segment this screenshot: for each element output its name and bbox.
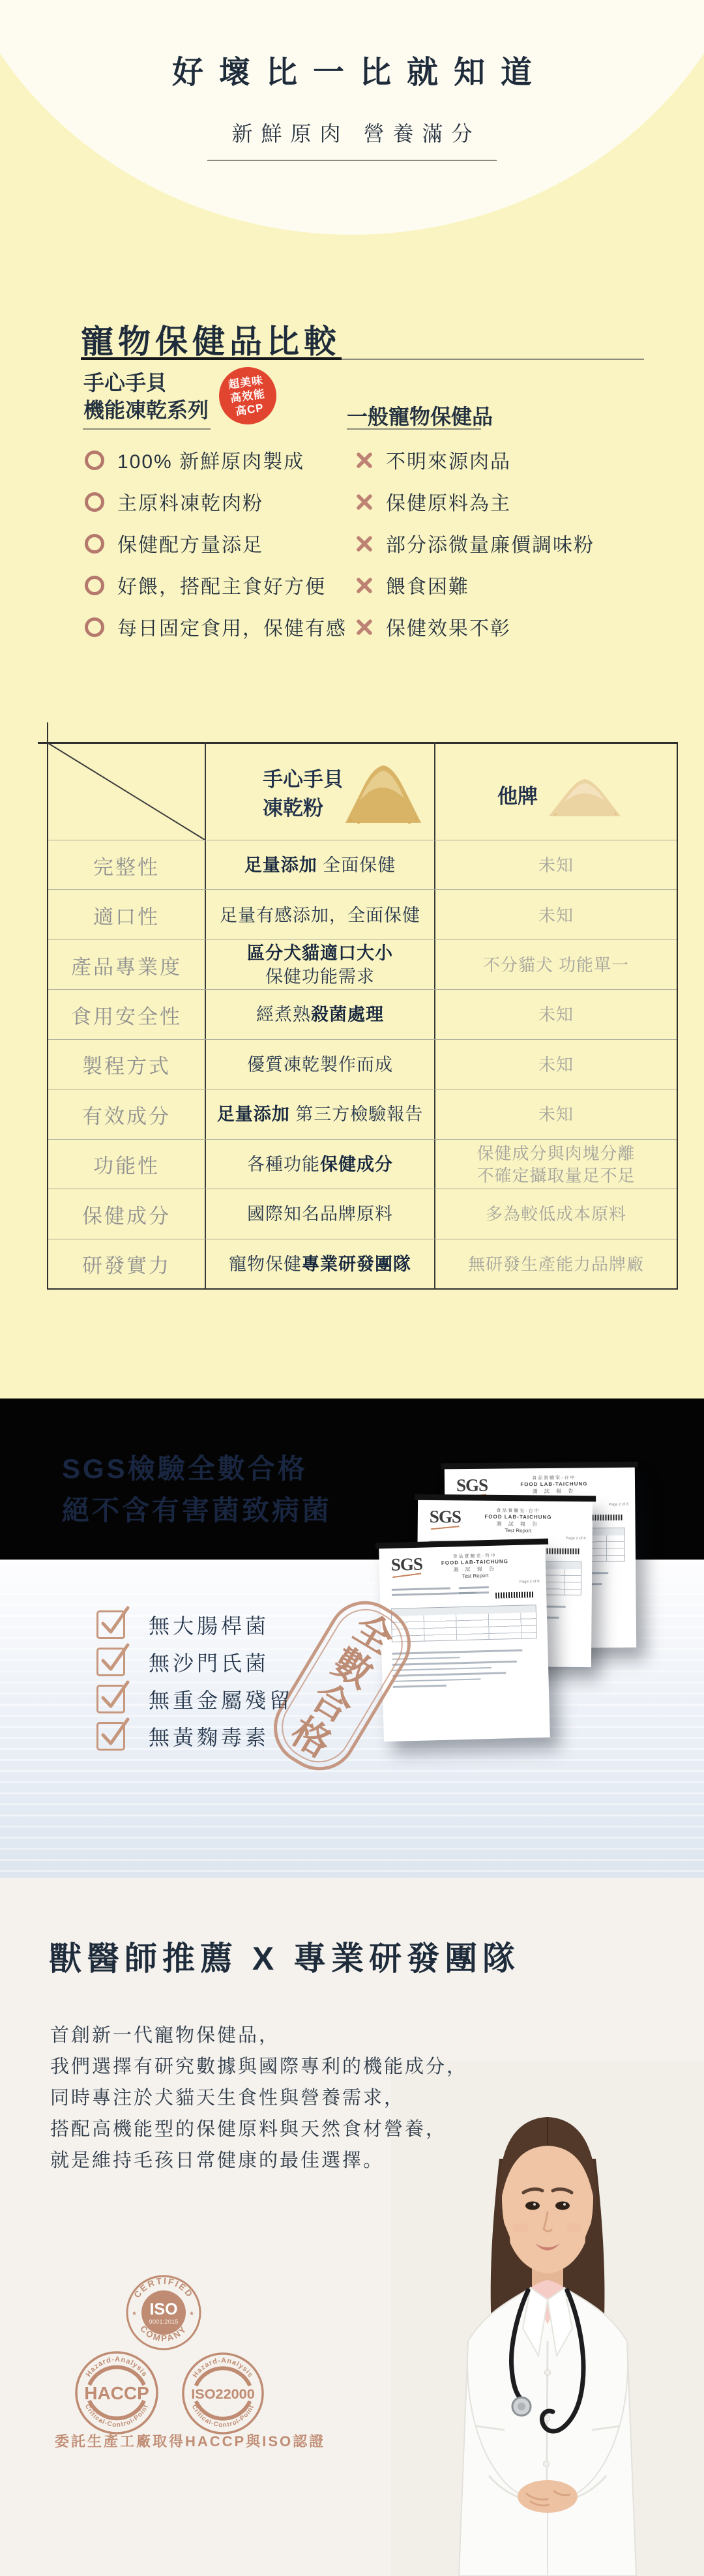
disadvantage-text: 不明來源肉品 [386, 445, 511, 474]
advantage-text: 好餵，搭配主食好方便 [117, 570, 326, 599]
other-brand-underline [347, 428, 481, 430]
table-other-value: 無研發生產能力品牌廠 [435, 1239, 677, 1289]
sgs-logo: SGS [390, 1554, 422, 1575]
barcode [541, 1548, 579, 1554]
comparison-row: 主原料凍乾肉粉 保健原料為主 [0, 481, 704, 523]
table-our-value: 足量添加 全面保健 [206, 840, 434, 890]
disadvantage-text: 餵食困難 [386, 570, 469, 599]
our-brand-underline [83, 428, 211, 430]
vet-title: 獸醫師推薦 X 專業研發團隊 [49, 1932, 520, 1979]
disadvantage-text: 部分添微量廉價調味粉 [386, 529, 594, 557]
checklist-item: 無黃麴毒素 [96, 1717, 293, 1754]
svg-text:★: ★ [132, 2310, 137, 2317]
table-row-label: 有效成分 [48, 1089, 205, 1139]
hero-divider [207, 160, 497, 161]
value-badge: 超美味 高效能 高CP [219, 367, 276, 424]
table-row: 產品專業度 區分犬貓適口大小保健功能需求 不分貓犬 功能單一 [48, 940, 677, 990]
powder-pile-other-icon [546, 775, 623, 819]
comparison-row: 好餵，搭配主食好方便 餵食困難 [0, 565, 704, 606]
checklist-item: 無沙門氏菌 [96, 1643, 293, 1680]
disadvantage-text: 保健效果不彰 [386, 612, 511, 641]
powder-pile-our-icon [343, 762, 424, 825]
barcode [495, 1591, 533, 1599]
hero-subtitle: 新鮮原肉 營養滿分 [0, 117, 704, 147]
sgs-doc-header: 食品實驗室-台中FOOD LAB-TAICHUNG 測 試 報 告Test Re… [470, 1507, 566, 1534]
advantage-text: 每日固定食用，保健有感 [117, 612, 347, 641]
table-row-label: 適口性 [48, 890, 205, 940]
checkbox-checked-icon [96, 1685, 125, 1713]
cross-bad-icon [356, 452, 373, 469]
hero-title: 好壞比一比就知道 [0, 47, 704, 92]
compare-heading: 寵物保健品比較 [81, 316, 341, 363]
checklist-label: 無沙門氏菌 [149, 1647, 269, 1677]
table-other-value: 未知 [435, 840, 677, 890]
our-brand-title: 手心手貝 機能凍乾系列 [83, 369, 209, 424]
cross-bad-icon [356, 577, 373, 594]
table-our-value: 優質凍乾製作而成 [206, 1040, 434, 1089]
checklist-label: 無黃麴毒素 [149, 1721, 269, 1751]
table-other-value: 未知 [435, 890, 677, 940]
compare-heading-underline [81, 357, 342, 360]
table-our-value: 足量添加 第三方檢驗報告 [206, 1089, 434, 1139]
advantage-text: 保健配方量添足 [117, 529, 263, 557]
comparison-table: 手心手貝 凍乾粉 他牌 完整性 足量添加 全面保健 未知 [38, 722, 678, 1290]
table-our-value: 各種功能保健成分 [206, 1140, 434, 1189]
disadvantage-text: 保健原料為主 [386, 487, 511, 516]
sgs-doc-page-label: Page 2 of 8 [609, 1503, 629, 1507]
checkbox-checked-icon [96, 1610, 125, 1639]
cross-bad-icon [356, 535, 373, 552]
haccp-badge: Hazard-Analysis Critical-Control-Point H… [74, 2350, 160, 2436]
sgs-logo: SGS [456, 1475, 488, 1496]
circle-good-icon [85, 492, 104, 512]
comparison-row: 100% 新鮮原肉製成 不明來源肉品 [0, 439, 704, 481]
table-our-value: 寵物保健專業研發團隊 [206, 1239, 434, 1289]
promo-page: 好壞比一比就知道 新鮮原肉 營養滿分 寵物保健品比較 手心手貝 機能凍乾系列 超… [0, 0, 704, 2576]
svg-text:ISO22000: ISO22000 [191, 2386, 255, 2402]
sgs-doc-page-label: Page 2 of 8 [566, 1537, 586, 1541]
circle-good-icon [85, 534, 104, 554]
checkbox-checked-icon [96, 1722, 125, 1751]
circle-good-icon [85, 576, 104, 595]
circle-good-icon [85, 617, 104, 637]
comparison-row: 每日固定食用，保健有感 保健效果不彰 [0, 606, 704, 648]
paragraph-line: 搭配高機能型的保健原料與天然食材營養， [50, 2114, 467, 2145]
table-other-value: 不分貓犬 功能單一 [435, 940, 677, 990]
table-row: 完整性 足量添加 全面保健 未知 [48, 840, 677, 890]
table-our-column-header: 手心手貝 凍乾粉 [263, 765, 344, 823]
sgs-doc-page-label: Page 2 of 8 [520, 1580, 540, 1584]
table-row-label: 產品專業度 [48, 940, 205, 990]
sgs-section: SGS檢驗全數合格 絕不含有害菌致病菌 SGS 食品實驗室-台中FOOD LAB… [0, 1399, 704, 1878]
checklist-item: 無重金屬殘留 [96, 1680, 293, 1717]
table-our-value: 區分犬貓適口大小保健功能需求 [206, 940, 434, 990]
sgs-doc-header: 食品實驗室-台中FOOD LAB-TAICHUNG 測 試 報 告Test Re… [429, 1552, 521, 1580]
checklist-label: 無重金屬殘留 [149, 1684, 293, 1714]
table-row: 研發實力 寵物保健專業研發團隊 無研發生產能力品牌廠 [48, 1239, 677, 1289]
table-row: 功能性 各種功能保健成分 保健成分與肉塊分離不確定攝取量足不足 [48, 1139, 677, 1189]
checklist-item: 無大腸桿菌 [96, 1606, 293, 1643]
paragraph-line: 同時專注於犬貓天生食性與營養需求， [50, 2082, 467, 2114]
table-row: 適口性 足量有感添加，全面保健 未知 [48, 889, 677, 940]
iso9001-badge: CERTIFIED COMPANY ★★ ISO 9001:2015 [125, 2273, 203, 2352]
svg-text:ISO: ISO [149, 2300, 177, 2318]
table-border-right [677, 742, 678, 1290]
sgs-logo: SGS [430, 1507, 461, 1527]
table-border-top [38, 742, 678, 744]
sgs-doc-table [391, 1605, 537, 1642]
checkbox-checked-icon [96, 1648, 125, 1676]
table-row-label: 功能性 [48, 1140, 205, 1189]
advantage-text: 100% 新鮮原肉製成 [117, 445, 304, 474]
table-row: 有效成分 足量添加 第三方檢驗報告 未知 [48, 1089, 677, 1139]
table-row-label: 保健成分 [48, 1189, 205, 1239]
table-other-value: 未知 [435, 990, 677, 1039]
advantage-text: 主原料凍乾肉粉 [117, 487, 263, 516]
vet-section: 獸醫師推薦 X 專業研發團隊 首創新一代寵物保健品，我們選擇有研究數據與國際專利… [0, 1878, 704, 2576]
safety-checklist: 無大腸桿菌 無沙門氏菌 無重金屬殘留 無黃麴毒素 [96, 1606, 293, 1754]
paragraph-line: 就是維持毛孩日常健康的最佳選擇。 [50, 2145, 467, 2176]
compare-heading-rule [342, 359, 644, 360]
table-other-value: 未知 [435, 1089, 677, 1139]
iso22000-badge: Hazard-Analysis Critical-Control-Point I… [181, 2351, 265, 2436]
value-badge-text: 超美味 高效能 高CP [227, 373, 268, 419]
cross-bad-icon [356, 494, 373, 511]
table-row-label: 食用安全性 [48, 990, 205, 1039]
table-row: 食用安全性 經煮熟殺菌處理 未知 [48, 989, 677, 1039]
table-other-column-header: 他牌 [497, 780, 538, 809]
svg-text:9001:2015: 9001:2015 [149, 2318, 179, 2326]
hero-section: 好壞比一比就知道 新鮮原肉 營養滿分 寵物保健品比較 手心手貝 機能凍乾系列 超… [0, 0, 704, 1399]
table-other-value: 未知 [435, 1040, 677, 1089]
circle-good-icon [85, 451, 104, 470]
sgs-headline: SGS檢驗全數合格 絕不含有害菌致病菌 [62, 1448, 332, 1532]
paragraph-line: 首創新一代寵物保健品， [50, 2020, 467, 2051]
table-row-label: 研發實力 [48, 1239, 205, 1289]
sgs-doc-notes [392, 1645, 534, 1687]
other-brand-title: 一般寵物保健品 [347, 400, 493, 430]
table-our-value: 國際知名品牌原料 [206, 1189, 434, 1239]
svg-text:★: ★ [189, 2310, 194, 2317]
table-row-label: 完整性 [48, 840, 205, 890]
table-other-value: 保健成分與肉塊分離不確定攝取量足不足 [435, 1140, 677, 1189]
table-row: 製程方式 優質凍乾製作而成 未知 [48, 1039, 677, 1089]
cross-bad-icon [356, 619, 373, 636]
table-row: 保健成分 國際知名品牌原料 多為較低成本原料 [48, 1189, 677, 1239]
comparison-list: 100% 新鮮原肉製成 不明來源肉品 主原料凍乾肉粉 保健原料為主 保健配方量添… [0, 439, 704, 648]
comparison-row: 保健配方量添足 部分添微量廉價調味粉 [0, 523, 704, 565]
certification-caption: 委託生產工廠取得HACCP與ISO認證 [55, 2431, 325, 2451]
svg-text:HACCP: HACCP [84, 2383, 149, 2403]
vet-paragraph: 首創新一代寵物保健品，我們選擇有研究數據與國際專利的機能成分，同時專注於犬貓天生… [50, 2020, 467, 2176]
table-other-value: 多為較低成本原料 [435, 1189, 677, 1239]
table-our-value: 經煮熟殺菌處理 [206, 990, 434, 1039]
table-our-value: 足量有感添加，全面保健 [206, 890, 434, 940]
table-row-label: 製程方式 [48, 1040, 205, 1089]
checklist-label: 無大腸桿菌 [149, 1610, 269, 1640]
paragraph-line: 我們選擇有研究數據與國際專利的機能成分， [50, 2051, 467, 2082]
